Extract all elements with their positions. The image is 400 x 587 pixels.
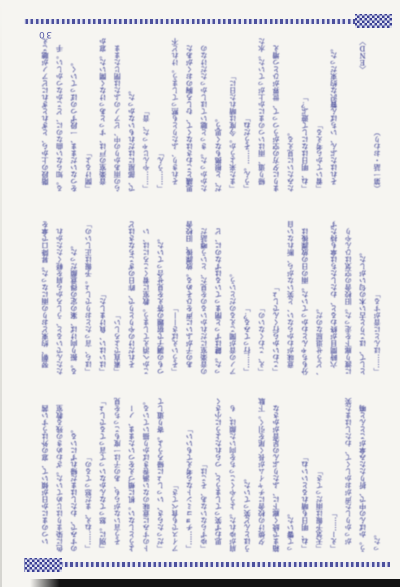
- text-column: 「うん。……そうだね」: [240, 31, 254, 192]
- page-number: 30: [32, 29, 52, 39]
- text-column: 「ね、明日も晴れるといいね」: [298, 391, 312, 552]
- text-column: として、ほこりと古い木の匂いがした。: [356, 214, 370, 375]
- text-column: 「……チョコミントなら考えてもいい」: [182, 391, 196, 552]
- text-column: だ、と根拠もなく思う。: [211, 31, 225, 192]
- text-column: 「ほら、言ったとおりでしょ。予報は正しいの」: [81, 214, 95, 375]
- text-column: 思わず笑ってしまうと、つられたように小さく: [211, 391, 225, 552]
- text-column: ようとしない。机に頬づえをついたまま、ノー: [125, 391, 139, 552]
- text-column: 「……やんじゃった、音」: [139, 31, 153, 192]
- text-column: 肩がゆれた。ようやくこっちを向いた顔は、も: [226, 391, 240, 552]
- text-column: 「え、こわくないの」: [255, 214, 269, 375]
- text-column: まりに夕方の空がうつって、世界がひとつ増え: [269, 31, 283, 192]
- text-column: たみたいに見える。: [283, 31, 297, 192]
- text-column: 「ね、明日はなにして遊ぶ？」: [298, 31, 312, 192]
- text-column: 色に染まりはじめていた。ざわめきの残る教室: [52, 391, 66, 552]
- text-column: たたんでいると、うしろから肩を軽くたたかれ: [52, 214, 66, 375]
- text-column: で、部屋にはだれもいなかった。: [125, 31, 139, 192]
- text-column: それはたぶん、いちばん贅沢な約束だった。: [327, 31, 341, 192]
- text-column: 分もちゃんとわかっていた。雨の日の放課後は: [298, 214, 312, 375]
- top-border-rule: [24, 562, 390, 567]
- text-column: トのすみに意味のない渦巻きばかり描いている。: [139, 391, 153, 552]
- text-column: 〈ＥＮＤ〉: [356, 31, 370, 192]
- scan-edge-line: [0, 0, 2, 587]
- text-column: 夕焼けの校舎にチャイムが長く尾を引く。下駄: [255, 391, 269, 552]
- bottom-border-ornament: [355, 14, 392, 28]
- text-column: 「素直でよろしい」: [110, 214, 124, 375]
- text-column: る。振り向けば、案の定の得意顔だった。: [67, 214, 81, 375]
- text-column: アイスでも食べてさ」: [168, 391, 182, 552]
- text-column: 「……ねえ、まだ怒ってるの」: [81, 391, 95, 552]
- text-column: こかへ消えてしまう。教室に着くころには、い: [139, 214, 153, 375]
- text-tier-1: いつのまにか日が傾いて、窓の外はうすい茜色に染まりはじめていた。ざわめきの残る教…: [38, 391, 385, 552]
- text-column: 六時間目が終わると、わたしたちは傘も持たず: [327, 214, 341, 375]
- text-column: らの雨あかりの中、ピアノのふたは閉じたまま: [110, 31, 124, 192]
- text-column: 「……ほんとに音がする」: [370, 214, 384, 375]
- bottom-border-rule: [24, 19, 392, 24]
- text-column: 「……うん」: [154, 31, 168, 192]
- text-column: 「そういえばさ——」: [168, 214, 182, 375]
- text-column: のすみで、わたしはまだ帰れずにいる。: [67, 391, 81, 552]
- text-column: う。かばんの中で、折りたたみ傘がことんと鳴: [356, 391, 370, 552]
- text-column: の音楽室にだれかいるのを見た、という噂話だ: [197, 214, 211, 375]
- text-column: アノの音が聞こえるのだという。: [226, 214, 240, 375]
- text-column: そう言いながらも、あの子は一度もこっちを見: [110, 391, 124, 552]
- scanned-page: いつのまにか日が傾いて、窓の外はうすい茜色に染まりはじめていた。ざわめきの残る教…: [0, 0, 400, 587]
- text-column: 「こわいから行くんでしょ」: [269, 214, 283, 375]
- text-column: たかかった。きっと聴いてほしかっただけなの: [197, 31, 211, 192]
- top-border-ornament: [24, 558, 62, 572]
- text-column: それきり、ふたりとも黙ってしまう。けれど不: [168, 31, 182, 192]
- text-column: 「えー……」: [327, 391, 341, 552]
- text-column: った。鍵はずっと閉まっているはずなのに、ピ: [211, 214, 225, 375]
- text-column: 意味がわからない、と笑いながら、断れない自: [283, 214, 297, 375]
- text-column: あの子がふいに声をひそめる。放課後、旧校舎: [182, 214, 196, 375]
- text-column: 「また来ようか。今度は晴れた日に」: [226, 31, 240, 192]
- text-column: それだけのやりとりで、昨日のぎこちなさはど: [125, 214, 139, 375]
- text-column: 「……行ってみる？」: [240, 214, 254, 375]
- text-column: がっかりした声がおかしくて、わたしはまた笑: [341, 391, 355, 552]
- text-column: 翌朝、約束どおりの雨になった。昇降口で傘を: [38, 214, 52, 375]
- text-column: 音楽室の戸は、すっとあっけなく開いた。窓か: [96, 31, 110, 192]
- text-column: 「はいはい、負けました」: [96, 214, 110, 375]
- text-column: をつないだまま、一段ずつのぼっていく。: [67, 31, 81, 192]
- text-column: うほとんど笑っていた。: [240, 391, 254, 552]
- text-column: 「だったらさ、いっしょに帰ろうよ。寄り道して: [154, 391, 168, 552]
- text-column: る。知らない曲なのに、どこかなつかしい。手: [52, 31, 66, 192]
- text-tier-2: 翌朝、約束どおりの雨になった。昇降口で傘をたたんでいると、うしろから肩を軽くたた…: [38, 214, 385, 375]
- text-column: 帰り道、雨はいつのまにか上がっていた。水た: [255, 31, 269, 192]
- text-column: 、どうせ退屈なのだ。: [312, 214, 326, 375]
- text-column: 「別に。怒ってなんかないって言ってるでしょ」: [96, 391, 110, 552]
- text-column: 箱まで続く廊下に、ふたりぶんの足音がかさな: [269, 391, 283, 552]
- text-column: って響いた。: [283, 391, 297, 552]
- book-page: いつのまにか日が傾いて、窓の外はうすい茜色に染まりはじめていた。ざわめきの残る教…: [0, 0, 400, 587]
- scan-edge-shadow: [30, 579, 400, 587]
- text-column: 「ゆずらないなあ、そこは」: [197, 391, 211, 552]
- text-column: [341, 31, 355, 192]
- text-column: った。: [370, 391, 384, 552]
- text-column: 階段の上から、とぎれとぎれにピアノが聴こえ: [38, 31, 52, 192]
- text-column: 思議とこわさはなくて、むしろ胸のおくがあた: [182, 31, 196, 192]
- text-column: 「着いてから考える」: [312, 31, 326, 192]
- text-column: 「開けるよ」: [81, 31, 95, 192]
- text-column: （第一話・おわり）: [370, 31, 384, 192]
- text-tier-3: 階段の上から、とぎれとぎれにピアノが聴こえる。知らない曲なのに、どこかなつかしい…: [38, 31, 385, 192]
- text-column: に渡り廊下を走った。旧校舎の空気はひんやり: [341, 214, 355, 375]
- text-column: 「天気予報は雨だってさ」: [312, 391, 326, 552]
- text-column: いつのまにか日が傾いて、窓の外はうすい茜: [38, 391, 52, 552]
- text-column: つもの調子で宿題の答えを見せ合っていた。: [154, 214, 168, 375]
